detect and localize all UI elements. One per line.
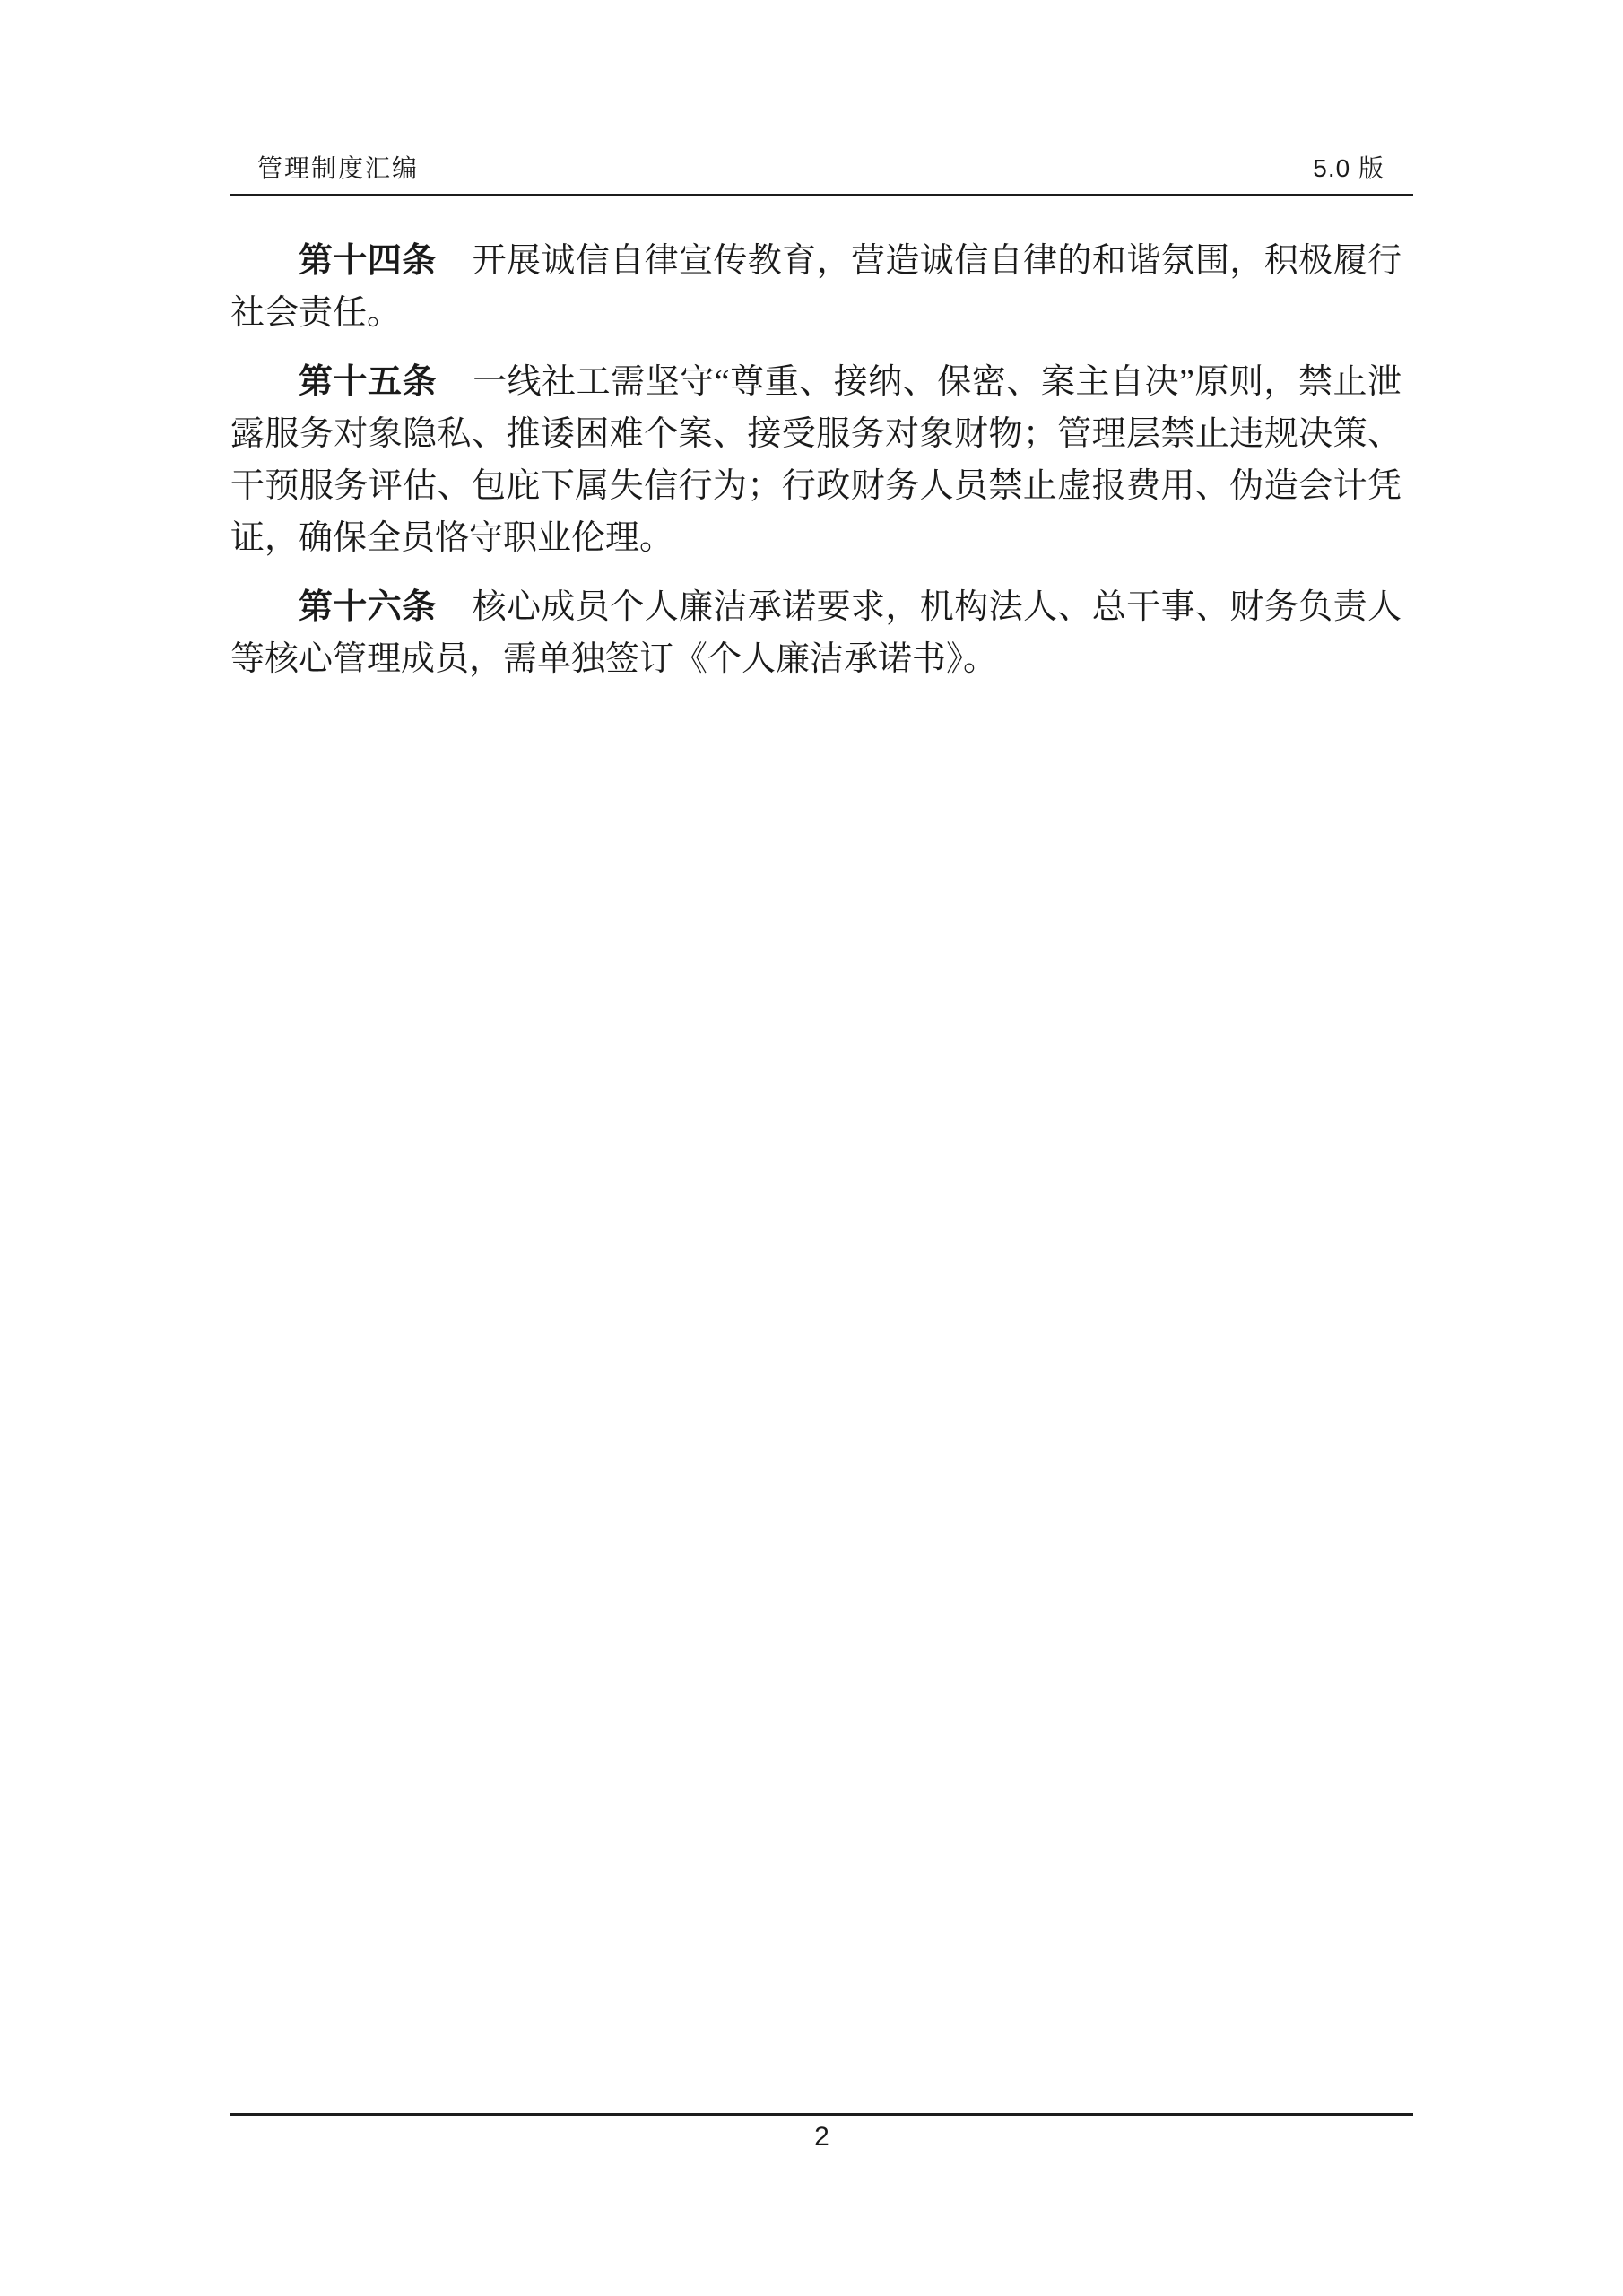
footer-rule	[230, 2113, 1413, 2116]
clause-number: 第十五条	[299, 363, 437, 401]
paragraph-clause-14: 第十四条开展诚信自律宣传教育，营造诚信自律的和谐氛围，积极履行社会责任。	[230, 235, 1402, 339]
page-header: 管理制度汇编 5.0 版	[230, 154, 1413, 196]
header-version: 5.0 版	[1313, 154, 1384, 183]
document-body: 第十四条开展诚信自律宣传教育，营造诚信自律的和谐氛围，积极履行社会责任。 第十五…	[230, 235, 1402, 685]
clause-number: 第十四条	[299, 242, 437, 280]
paragraph-clause-15: 第十五条一线社工需坚守“尊重、接纳、保密、案主自决”原则，禁止泄露服务对象隐私、…	[230, 356, 1402, 564]
clause-number: 第十六条	[299, 588, 437, 626]
page-number: 2	[230, 2122, 1413, 2152]
header-title: 管理制度汇编	[257, 154, 419, 183]
paragraph-clause-16: 第十六条核心成员个人廉洁承诺要求，机构法人、总干事、财务负责人等核心管理成员，需…	[230, 581, 1402, 685]
document-page: 管理制度汇编 5.0 版 第十四条开展诚信自律宣传教育，营造诚信自律的和谐氛围，…	[0, 0, 1623, 2296]
